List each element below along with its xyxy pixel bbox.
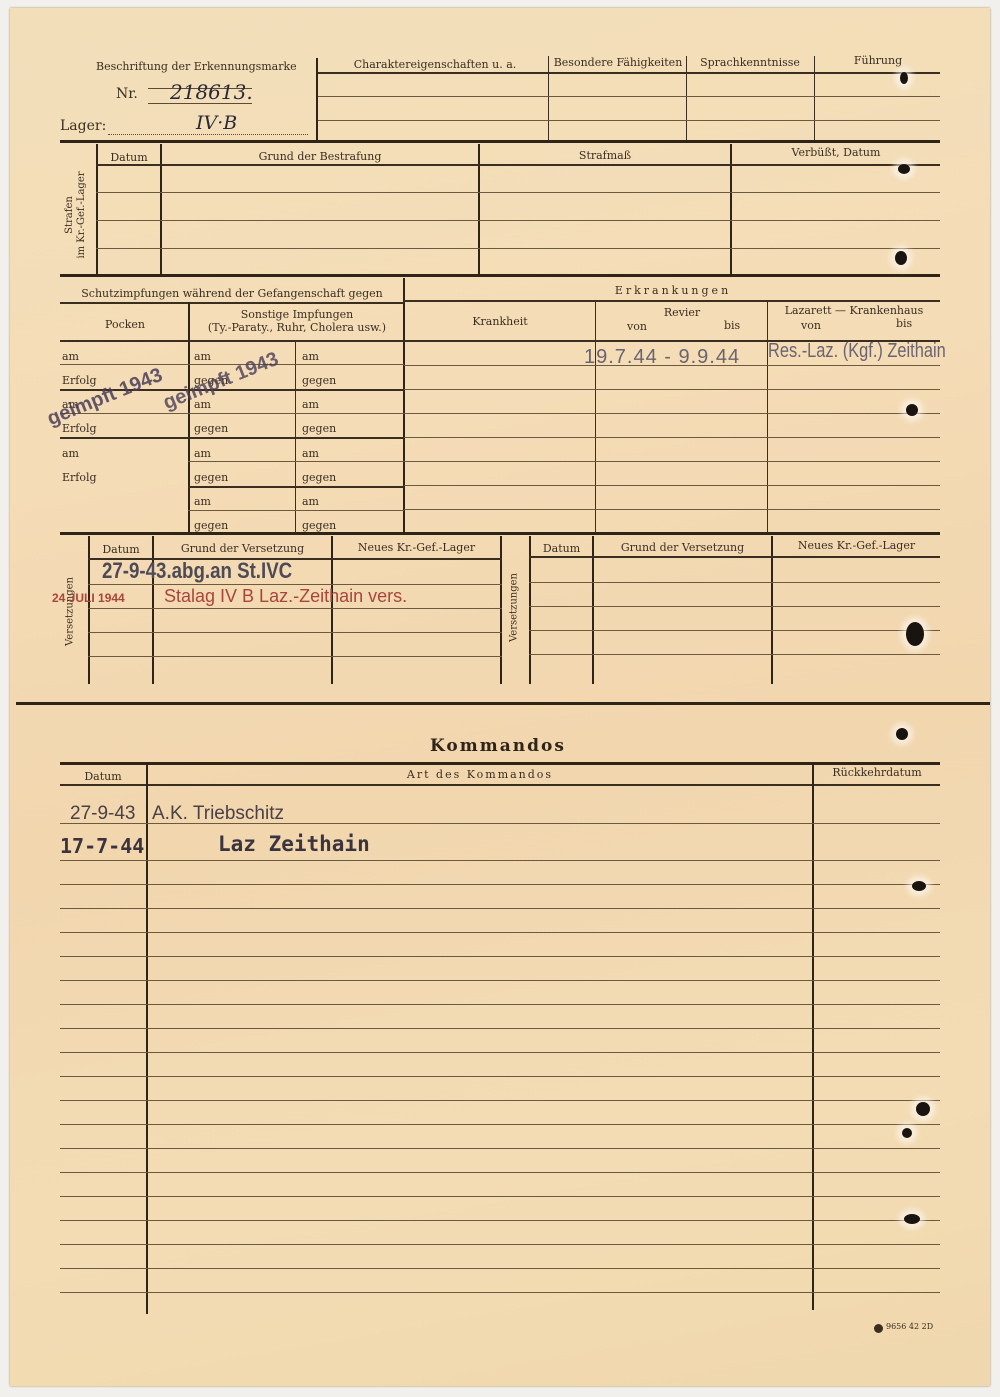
sonstige-label-1: Sonstige Impfungen <box>241 308 354 321</box>
rule <box>60 1004 940 1005</box>
sonst-gegen-3b: gegen <box>302 471 336 484</box>
sonstige-label-2: (Ty.-Paraty., Ruhr, Cholera usw.) <box>208 321 386 334</box>
lazarett-von: von <box>801 319 821 332</box>
rule <box>188 486 404 488</box>
lager-value: IV·B <box>196 112 237 134</box>
rule <box>188 510 404 511</box>
rule <box>96 164 940 166</box>
rule <box>60 1100 940 1101</box>
rule <box>60 1292 940 1293</box>
rule <box>60 1220 940 1221</box>
versetzung-entry-2-text: Stalag IV B Laz.-Zeithain vers. <box>164 586 407 607</box>
strafen-col-verbuesst: Verbüßt, Datum <box>732 146 940 159</box>
rule <box>88 608 502 609</box>
rule <box>60 1196 940 1197</box>
hole-icon <box>900 72 908 84</box>
vers-left-col-lager: Neues Kr.-Gef.-Lager <box>333 541 500 554</box>
rule <box>60 1148 940 1149</box>
hole-icon <box>898 164 910 174</box>
sonst-gegen-2b: gegen <box>302 422 336 435</box>
rule <box>96 220 940 221</box>
divider <box>812 764 814 1310</box>
rule <box>60 1244 940 1245</box>
rule <box>404 509 940 510</box>
revier-von: von <box>627 320 647 333</box>
rule <box>318 120 940 121</box>
versetzung-entry-1: 27-9-43.abg.an St.IVC <box>102 558 292 584</box>
pocken-erfolg-1: Erfolg <box>62 374 97 387</box>
pocken-am-1: am <box>62 350 79 363</box>
rule <box>529 582 940 583</box>
rule <box>88 632 502 633</box>
pocken-label: Pocken <box>62 318 188 331</box>
lazarett-label: Lazarett — Krankenhaus <box>769 304 939 317</box>
divider <box>592 536 594 684</box>
vers-right-col-datum: Datum <box>531 542 592 555</box>
vers-left-col-grund: Grund der Versetzung <box>154 542 331 555</box>
lager-label: Lager: <box>60 118 106 134</box>
hole-icon <box>904 1214 920 1224</box>
hole-icon <box>912 881 926 891</box>
versetzung-entry-2-date: 24 JULI 1944 <box>52 591 125 605</box>
hole-icon <box>895 251 907 265</box>
rule <box>60 1268 940 1269</box>
sonst-gegen-2a: gegen <box>194 422 228 435</box>
printer-mark-icon <box>874 1324 883 1333</box>
kommando-row-1-art: A.K. Triebschitz <box>152 803 284 825</box>
krankheit-label: Krankheit <box>406 315 594 328</box>
rule <box>60 956 940 957</box>
strafen-col-strafmass: Strafmaß <box>480 149 730 162</box>
sonst-gegen-4b: gegen <box>302 519 336 532</box>
versetzungen-side-label-left: Versetzungen <box>65 572 76 652</box>
vers-right-col-grund: Grund der Versetzung <box>594 541 771 554</box>
lazarett-entry: Res.-Laz. (Kgf.) Zeithain <box>768 340 946 363</box>
lager-dotted-line <box>108 134 308 135</box>
impfungen-title: Schutzimpfungen während der Gefangenscha… <box>62 287 402 300</box>
rule <box>318 96 940 97</box>
divider <box>529 536 531 684</box>
rule <box>60 413 404 414</box>
rule <box>404 485 940 486</box>
rule <box>60 274 940 277</box>
col-charakter: Charaktereigenschaften u. a. <box>320 58 550 71</box>
strafen-side-label-2: im Kr.-Gef.-Lager <box>76 171 87 258</box>
lazarett-bis: bis <box>896 317 912 330</box>
kommandos-col-datum: Datum <box>60 770 146 783</box>
revier-label: Revier <box>597 306 767 319</box>
divider <box>686 56 687 140</box>
kommando-row-2-datum: 17-7-44 <box>60 834 144 858</box>
rule <box>60 908 940 909</box>
rule <box>60 340 404 342</box>
rule <box>60 784 940 786</box>
rule <box>60 980 940 981</box>
rule <box>96 192 940 193</box>
divider <box>548 56 549 140</box>
rule <box>60 1028 940 1029</box>
hole-icon <box>916 1102 930 1116</box>
sonst-am-1a: am <box>194 350 211 363</box>
sonst-gegen-4a: gegen <box>194 519 228 532</box>
rule <box>529 630 940 631</box>
sonst-am-2b: am <box>302 398 319 411</box>
personnel-card-back: Beschriftung der Erkennungsmarke Nr. 218… <box>10 8 990 1386</box>
rule <box>60 532 940 535</box>
marke-label: Beschriftung der Erkennungsmarke <box>96 60 297 73</box>
rule <box>60 1052 940 1053</box>
divider <box>146 764 148 1314</box>
rule <box>60 932 940 933</box>
vers-right-col-lager: Neues Kr.-Gef.-Lager <box>773 539 940 552</box>
hole-icon <box>906 404 918 416</box>
rule <box>404 389 940 390</box>
strafen-side-label-1: Strafen <box>64 196 75 234</box>
geimpft-stamp-2: geimpft 1943 <box>160 348 282 415</box>
rule <box>529 654 940 655</box>
rule <box>88 584 502 585</box>
rule <box>404 413 940 414</box>
kommando-row-1-datum: 27-9-43 <box>70 803 136 825</box>
nr-value: 218613. <box>170 80 253 104</box>
erkrankungen-title: Erkrankungen <box>406 284 940 297</box>
rule <box>188 461 404 462</box>
divider <box>188 302 190 532</box>
hole-icon <box>906 622 924 646</box>
rule <box>96 248 940 249</box>
sonstige-label: Sonstige Impfungen (Ty.-Paraty., Ruhr, C… <box>190 308 404 334</box>
rule <box>60 884 940 885</box>
rule <box>318 72 940 74</box>
pocken-erfolg-3: Erfolg <box>62 471 97 484</box>
sonst-gegen-3a: gegen <box>194 471 228 484</box>
revier-bis: bis <box>724 319 740 332</box>
sonst-am-1b: am <box>302 350 319 363</box>
rule <box>60 1076 940 1077</box>
fold-rule <box>16 702 990 705</box>
strafen-col-grund: Grund der Bestrafung <box>162 150 478 163</box>
rule <box>60 762 940 765</box>
vers-left-col-datum: Datum <box>90 543 152 556</box>
sonst-am-3a: am <box>194 447 211 460</box>
strafen-side-label: Strafen im Kr.-Gef.-Lager <box>64 155 88 275</box>
print-code: 9656 42 2D <box>886 1322 933 1331</box>
kommando-row-2-art: Laz Zeithain <box>218 832 370 856</box>
sonst-am-3b: am <box>302 447 319 460</box>
col-fuehrung: Führung <box>816 54 940 67</box>
rule <box>529 556 940 558</box>
divider <box>771 536 773 684</box>
rule <box>529 606 940 607</box>
kommandos-col-rueckkehr: Rückkehrdatum <box>814 766 940 779</box>
rule <box>404 437 940 438</box>
pocken-am-3: am <box>62 447 79 460</box>
hole-icon <box>896 728 908 740</box>
nr-label: Nr. <box>116 86 138 102</box>
rule <box>60 140 940 143</box>
strafen-col-datum: Datum <box>98 151 160 164</box>
rule <box>60 302 404 304</box>
divider <box>814 56 815 140</box>
kommandos-col-art: Art des Kommandos <box>148 768 812 781</box>
versetzungen-side-label-right: Versetzungen <box>509 568 520 648</box>
rule <box>60 1172 940 1173</box>
divider <box>316 58 318 142</box>
revier-entry: 19.7.44 - 9.9.44 <box>584 346 740 369</box>
sonst-am-4b: am <box>302 495 319 508</box>
sonst-gegen-1b: gegen <box>302 374 336 387</box>
rule <box>404 461 940 462</box>
rule <box>60 1124 940 1125</box>
divider <box>595 300 596 532</box>
hole-icon <box>902 1128 912 1138</box>
rule <box>88 656 502 657</box>
kommandos-title: Kommandos <box>430 736 566 756</box>
rule <box>404 300 940 302</box>
rule <box>60 823 940 824</box>
rule <box>60 437 404 439</box>
sonst-am-4a: am <box>194 495 211 508</box>
divider <box>767 300 768 532</box>
col-faehigkeiten: Besondere Fähigkeiten <box>550 56 686 69</box>
col-sprachkenntnisse: Sprachkenntnisse <box>688 56 812 69</box>
rule <box>60 860 940 861</box>
